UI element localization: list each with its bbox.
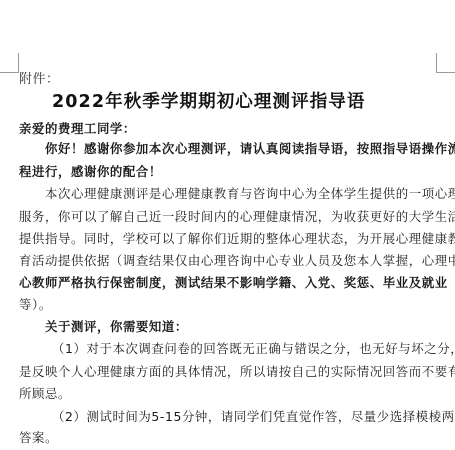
section-heading-about-test: 关于测评，你需要知道： [45,319,188,335]
paragraph-greeting-line: 程进行，感谢你的配合！ [19,164,162,180]
note-2-line: （2）测试时间为5-15分钟，请同学们凭直觉作答，尽量少选择模棱两可的 [52,409,455,425]
page-corner-mark-top-right [436,53,455,73]
paragraph-intro-line: 服务，你可以了解自己近一段时间内的心理健康情况，为收获更好的大学生活 [19,209,455,225]
note-1-line: （1）对于本次调查问卷的回答既无正确与错误之分，也无好与坏之分，只 [52,341,455,357]
page-corner-mark-top-left [0,53,19,73]
note-1-line: 所顾忌。 [19,386,71,402]
paragraph-intro-line: 育活动提供依据（调查结果仅由心理咨询中心专业人员及您本人掌握，心理中 [19,253,455,269]
paragraph-intro-line: 本次心理健康测评是心理健康教育与咨询中心为全体学生提供的一项心理 [45,186,455,202]
note-1-line: 是反映个人心理健康方面的具体情况，所以请按自己的实际情况回答而不要有 [19,364,455,380]
paragraph-intro-line: 心教师严格执行保密制度，测试结果不影响学籍、入党、奖惩、毕业及就业 [19,275,448,291]
document-title: 2022年秋季学期期初心理测评指导语 [52,91,366,113]
paragraph-intro-line: 等）。 [19,297,52,313]
salutation: 亲爱的费理工同学： [19,121,136,137]
paragraph-greeting-line: 你好！感谢你参加本次心理测评，请认真阅读指导语，按照指导语操作流 [45,141,455,157]
paragraph-intro-line: 提供指导。同时，学校可以了解你们近期的整体心理状态，为开展心理健康教 [19,231,455,247]
note-2-line: 答案。 [19,430,58,446]
attachment-label: 附件： [19,72,60,88]
